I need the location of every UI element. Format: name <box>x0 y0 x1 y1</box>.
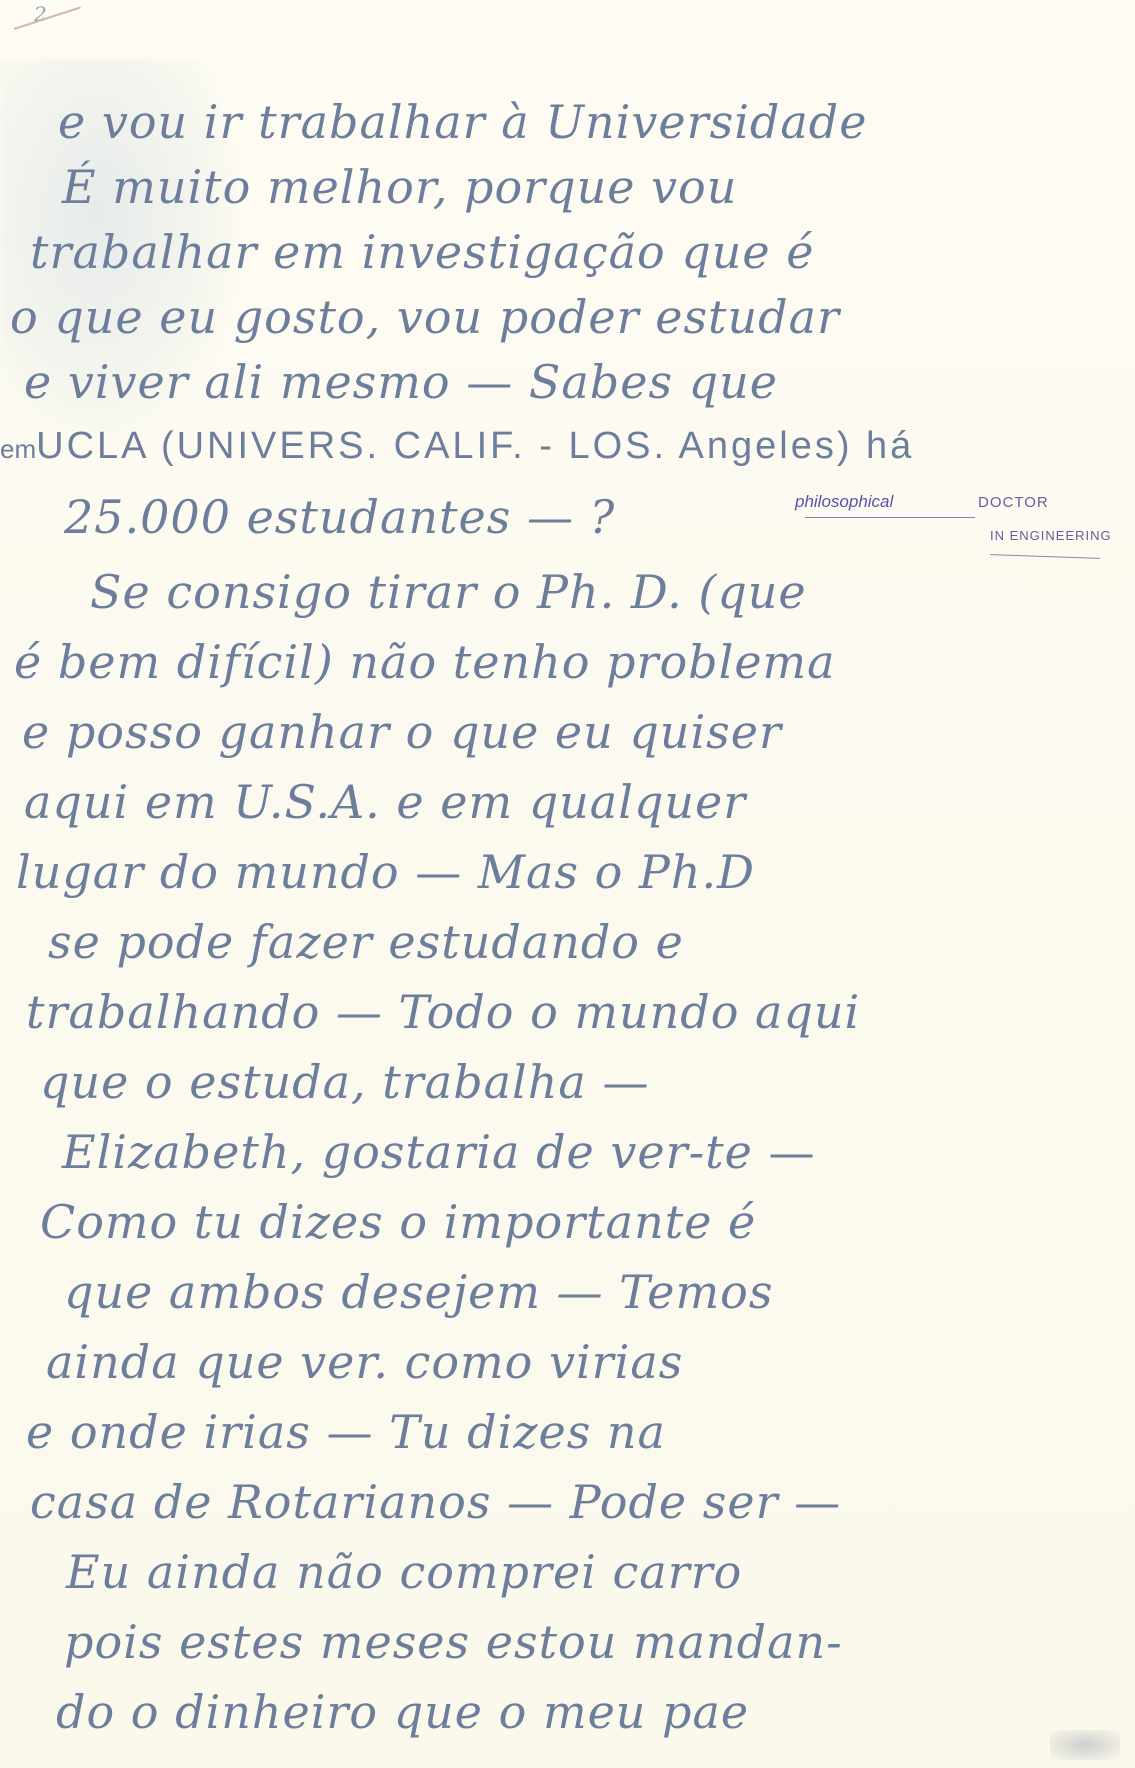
page-number-underline <box>14 6 81 30</box>
letter-line-1: e vou ir trabalhar à Universidade <box>58 95 867 149</box>
letter-line-24: do o dinheiro que o meu pae <box>56 1685 749 1739</box>
line-6-text: UCLA (UNIVERS. CALIF. - LOS. Angeles) há <box>36 425 914 467</box>
letter-line-5: e viver ali mesmo — Sabes que <box>24 355 778 409</box>
letter-line-19: ainda que ver. como virias <box>46 1335 683 1389</box>
letter-line-23: pois estes meses estou mandan- <box>64 1615 843 1669</box>
letter-line-9: é bem difícil) não tenho problema <box>14 635 836 689</box>
letter-line-16: Elizabeth, gostaria de ver-te — <box>62 1125 815 1179</box>
letter-line-4: o que eu gosto, vou poder estudar <box>10 290 840 344</box>
letter-line-18: que ambos desejem — Temos <box>64 1265 773 1319</box>
letter-line-14: trabalhando — Todo o mundo aqui <box>26 985 860 1039</box>
annotation-underline-2 <box>990 554 1100 559</box>
annotation-underline <box>805 517 975 518</box>
letter-line-15: que o estuda, trabalha — <box>40 1055 649 1109</box>
letter-page: 2 e vou ir trabalhar à Universidade É mu… <box>0 0 1135 1768</box>
margin-prefix: em <box>0 434 36 464</box>
letter-line-7: 25.000 estudantes — ? <box>64 490 615 544</box>
letter-line-2: É muito melhor, porque vou <box>62 160 737 214</box>
letter-line-22: Eu ainda não comprei carro <box>66 1545 742 1599</box>
letter-line-11: aqui em U.S.A. e em qualquer <box>24 775 746 829</box>
annotation-philosophical: philosophical <box>795 492 893 512</box>
letter-line-8: Se consigo tirar o Ph. D. (que <box>90 565 807 619</box>
letter-line-3: trabalhar em investigação que é <box>30 225 814 279</box>
annotation-doctor: DOCTOR <box>978 494 1049 511</box>
letter-line-13: se pode fazer estudando e <box>48 915 684 969</box>
annotation-in-engineering: IN ENGINEERING <box>990 528 1112 543</box>
ink-smudge <box>1050 1730 1120 1760</box>
letter-line-20: e onde irias — Tu dizes na <box>26 1405 666 1459</box>
letter-line-12: lugar do mundo — Mas o Ph.D <box>16 845 755 899</box>
letter-line-17: Como tu dizes o importante é <box>40 1195 756 1249</box>
letter-line-6: emUCLA (UNIVERS. CALIF. - LOS. Angeles) … <box>0 425 914 468</box>
letter-line-10: e posso ganhar o que eu quiser <box>22 705 782 759</box>
letter-line-21: casa de Rotarianos — Pode ser — <box>30 1475 841 1529</box>
